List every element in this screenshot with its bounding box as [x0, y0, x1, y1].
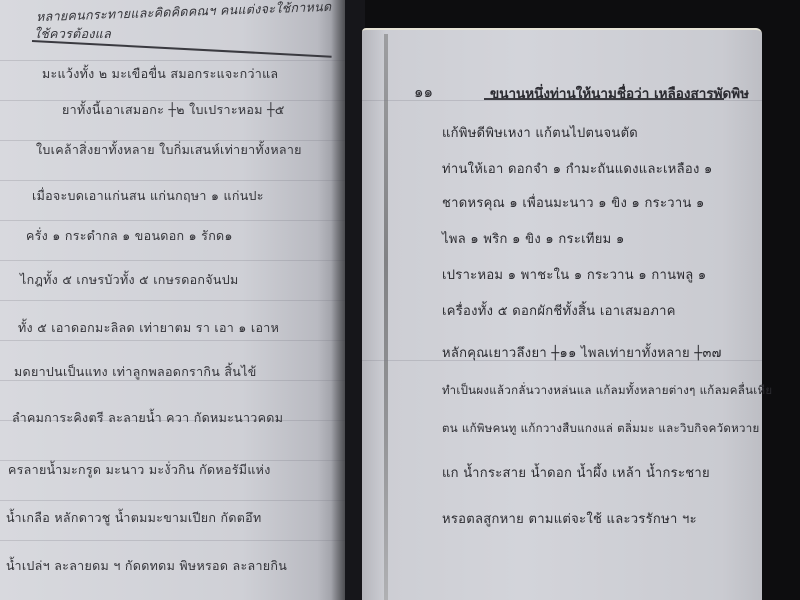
title-underline — [484, 98, 724, 100]
text-line: เครื่องทั้ง ๕ ดอกผักชีทั้งสิ้น เอาเสมอภา… — [442, 300, 676, 321]
text-line: ชาดหรคุณ ๑ เพื่อนมะนาว ๑ ขิง ๑ กระวาน ๑ — [442, 192, 705, 213]
text-line: ครลายน้ำมะกรูด มะนาว มะงั่วกิน กัดหอรัมี… — [8, 460, 271, 480]
text-line: ท่านให้เอา ดอกจำ ๑ กำมะถันแดงและเหลือง ๑ — [442, 158, 713, 179]
page-number: ๑๑ — [414, 80, 433, 104]
text-line: ครั่ง ๑ กระดำกล ๑ ขอนดอก ๑ รักด๑ — [26, 226, 233, 246]
text-line: แก้พิษดีพิษเหงา แก้ตนไปตนจนตัด — [442, 122, 638, 143]
ruled-line — [0, 300, 345, 301]
text-line: ตน แก้พิษคนทู แก้กวางสืบแกงแล่ ตลิ่มมะ แ… — [442, 420, 760, 438]
text-line: หรอตลสูกหาย ตามแต่จะใช้ และวรรักษา ฯะ — [442, 508, 697, 529]
right-page: ๑๑ ขนานหนึ่งท่านให้นามชื่อว่า เหลืองสารพ… — [362, 28, 762, 600]
ruled-line — [0, 340, 345, 341]
text-line: น้ำเปล่ฯ ละลายดม ฯ กัดดทดม พิษหรอด ละลาย… — [6, 556, 287, 576]
text-line: ทั้ง ๕ เอาดอกมะลิลด เท่ายาตม รา เอา ๑ เอ… — [18, 318, 279, 338]
text-line: มะแว้งทั้ง ๒ มะเขือขื่น สมอกระแจะกว่าแล — [42, 64, 278, 84]
header-underline — [32, 40, 332, 58]
text-line: ลำคมการะคิงตรี ละลายน้ำ ควา กัดหมะนาวคดม — [12, 408, 283, 428]
text-line: ไกฎทั้ง ๕ เกษรบัวทั้ง ๕ เกษรดอกจันปม — [20, 270, 239, 290]
ruled-line — [0, 500, 345, 501]
text-line: ไพล ๑ พริก ๑ ขิง ๑ กระเทียม ๑ — [442, 228, 625, 249]
text-line: หลักคุณเยาวลึงยา ┼๑๑ ไพลเท่ายาทั้งหลาย ┼… — [442, 342, 722, 363]
ruled-line — [0, 540, 345, 541]
text-line: ทำเป็นผงแล้วกลั่นวางหล่นแล แก้ลมทั้งหลาย… — [442, 382, 781, 400]
ruled-line — [0, 60, 345, 61]
ruled-line — [0, 220, 345, 221]
ruled-line — [0, 260, 345, 261]
left-page: หลายคนกระทายและคิดคิดคณฯ คนแต่งจะใช้กาหน… — [0, 0, 345, 600]
page-crease — [384, 34, 388, 600]
recipe-title: ขนานหนึ่งท่านให้นามชื่อว่า เหลืองสารพัดพ… — [490, 82, 749, 104]
text-line: น้ำเกลือ หลักดาวชู น้ำตมมะขามเปียก กัดตอ… — [6, 508, 262, 528]
text-line: เปราะหอม ๑ พาชะใน ๑ กระวาน ๑ กานพลู ๑ — [442, 264, 706, 285]
text-line: ใบเคล้าสิ่งยาทั้งหลาย ใบกิ่มเสนห์เท่ายาท… — [36, 140, 302, 160]
ruled-line — [0, 180, 345, 181]
text-line: เมื่อจะบดเอาแก่นสน แก่นกฤษา ๑ แก่นปะ — [32, 186, 264, 206]
text-line: แก น้ำกระสาย น้ำดอก น้ำผึ้ง เหล้า น้ำกระ… — [442, 462, 710, 483]
text-line: ยาทั้งนี้เอาเสมอกะ ┼๒ ใบเปราะหอม ┼๕ — [62, 100, 285, 120]
text-line: มดยาปนเป็นแทง เท่าลูกพลอดกรากิน สิ้นไข้ — [14, 362, 257, 382]
